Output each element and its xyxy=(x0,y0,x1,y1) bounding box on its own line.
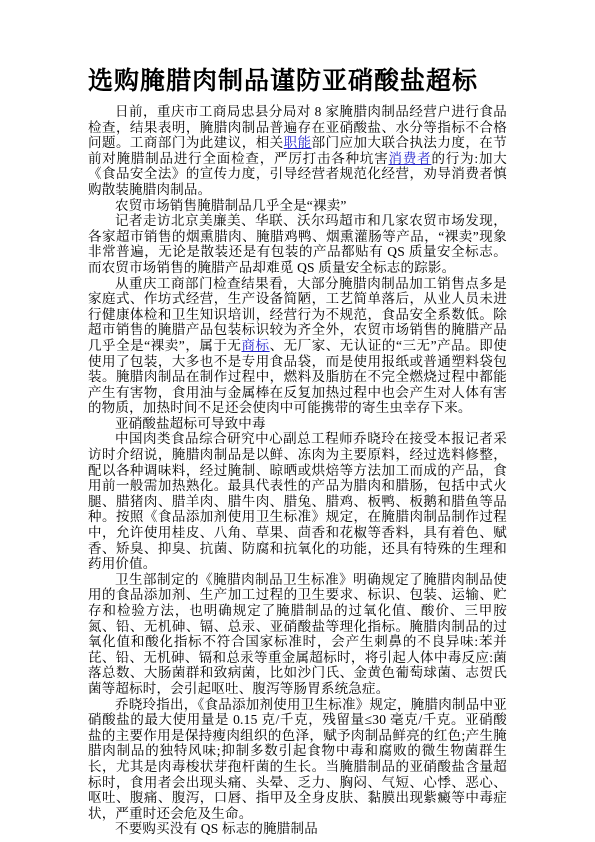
section-heading-nitrite-poisoning: 亚硝酸盐超标可导致中毒 xyxy=(88,416,507,432)
section-heading-qs-warning: 不要购买没有 QS 标志的腌腊制品 xyxy=(88,821,507,837)
paragraph-expert-intro: 中国肉类食品综合研究中心副总工程师乔晓玲在接受本报记者采访时介绍说，腌腊肉制品是… xyxy=(88,431,507,571)
article-title: 选购腌腊肉制品谨防亚硝酸盐超标 xyxy=(88,66,507,98)
document-page: 选购腌腊肉制品谨防亚硝酸盐超标 日前，重庆市工商局忠县分局对 8 家腌腊肉制品经… xyxy=(0,0,595,842)
paragraph-intro: 日前，重庆市工商局忠县分局对 8 家腌腊肉制品经营户进行食品检查，结果表明，腌腊… xyxy=(88,104,507,198)
link-zhineng[interactable]: 职能 xyxy=(284,135,312,150)
link-xiaofeizhe[interactable]: 消费者 xyxy=(389,151,432,166)
paragraph-nitrite-limits: 乔晓玲指出，《食品添加剂使用卫生标准》规定，腌腊肉制品中亚硝酸盐的最大使用量是 … xyxy=(88,697,507,822)
link-shangbiao[interactable]: 商标 xyxy=(242,338,270,353)
paragraph-hygiene-standard: 卫生部制定的《腌腊肉制品卫生标准》明确规定了腌腊肉制品使用的食品添加剂、生产加工… xyxy=(88,572,507,697)
section-heading-luomai: 农贸市场销售腌腊制品几乎全是“裸卖” xyxy=(88,198,507,214)
paragraph-inspection-result: 从重庆工商部门检查结果看，大部分腌腊肉制品加工销售点多是家庭式、作坊式经营，生产… xyxy=(88,276,507,416)
paragraph-market-visit: 记者走访北京美廉美、华联、沃尔玛超市和几家农贸市场发现，各家超市销售的烟熏腊肉、… xyxy=(88,213,507,275)
